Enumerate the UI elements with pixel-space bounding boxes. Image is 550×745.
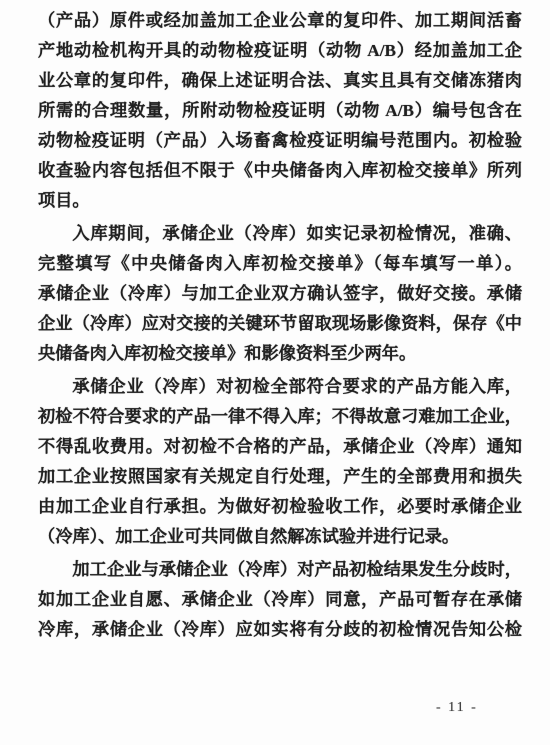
text-line: 收查验内容包括但不限于《中央储备肉入库初检交接单》所列 xyxy=(38,156,522,186)
text-line: （产品）原件或经加盖加工企业公章的复印件、加工期间活畜 xyxy=(38,6,522,36)
text-line: 业公章的复印件，确保上述证明合法、真实且具有交储冻猪肉 xyxy=(38,66,522,96)
text-line: 完整填写《中央储备肉入库初检交接单》（每车填写一单）。 xyxy=(38,249,522,279)
text-line: 承储企业（冷库）与加工企业双方确认签字，做好交接。承储 xyxy=(38,279,522,309)
text-line: 如加工企业自愿、承储企业（冷库）同意，产品可暂存在承储 xyxy=(38,585,522,615)
text-line: （冷库）、加工企业可共同做自然解冻试验并进行记录。 xyxy=(38,522,522,552)
paragraph: 承储企业（冷库）对初检全部符合要求的产品方能入库，初检不符合要求的产品一律不得入… xyxy=(38,372,522,552)
body-text: （产品）原件或经加盖加工企业公章的复印件、加工期间活畜产地动检机构开具的动物检疫… xyxy=(38,6,522,645)
text-line: 所需的合理数量，所附动物检疫证明（动物 A/B）编号包含在 xyxy=(38,96,522,126)
text-line: 由加工企业自行承担。为做好初检验收工作，必要时承储企业 xyxy=(38,492,522,522)
text-line: 加工企业与承储企业（冷库）对产品初检结果发生分歧时， xyxy=(38,555,522,585)
paragraph: 加工企业与承储企业（冷库）对产品初检结果发生分歧时，如加工企业自愿、承储企业（冷… xyxy=(38,555,522,645)
document-page: （产品）原件或经加盖加工企业公章的复印件、加工期间活畜产地动检机构开具的动物检疫… xyxy=(0,0,550,745)
text-line: 产地动检机构开具的动物检疫证明（动物 A/B）经加盖加工企 xyxy=(38,36,522,66)
text-line: 承储企业（冷库）对初检全部符合要求的产品方能入库， xyxy=(38,372,522,402)
text-line: 冷库，承储企业（冷库）应如实将有分歧的初检情况告知公检 xyxy=(38,615,522,645)
text-line: 不得乱收费用。对初检不合格的产品，承储企业（冷库）通知 xyxy=(38,432,522,462)
text-line: 入库期间，承储企业（冷库）如实记录初检情况，准确、 xyxy=(38,219,522,249)
text-line: 初检不符合要求的产品一律不得入库；不得故意刁难加工企业， xyxy=(38,402,522,432)
page-number: - 11 - xyxy=(436,700,478,716)
text-line: 央储备肉入库初检交接单》和影像资料至少两年。 xyxy=(38,339,522,369)
text-line: 动物检疫证明（产品）入场畜禽检疫证明编号范围内。初检验 xyxy=(38,126,522,156)
paragraph: 入库期间，承储企业（冷库）如实记录初检情况，准确、完整填写《中央储备肉入库初检交… xyxy=(38,219,522,369)
text-line: 企业（冷库）应对交接的关键环节留取现场影像资料，保存《中 xyxy=(38,309,522,339)
paragraph: （产品）原件或经加盖加工企业公章的复印件、加工期间活畜产地动检机构开具的动物检疫… xyxy=(38,6,522,216)
text-line: 加工企业按照国家有关规定自行处理，产生的全部费用和损失 xyxy=(38,462,522,492)
text-line: 项目。 xyxy=(38,186,522,216)
